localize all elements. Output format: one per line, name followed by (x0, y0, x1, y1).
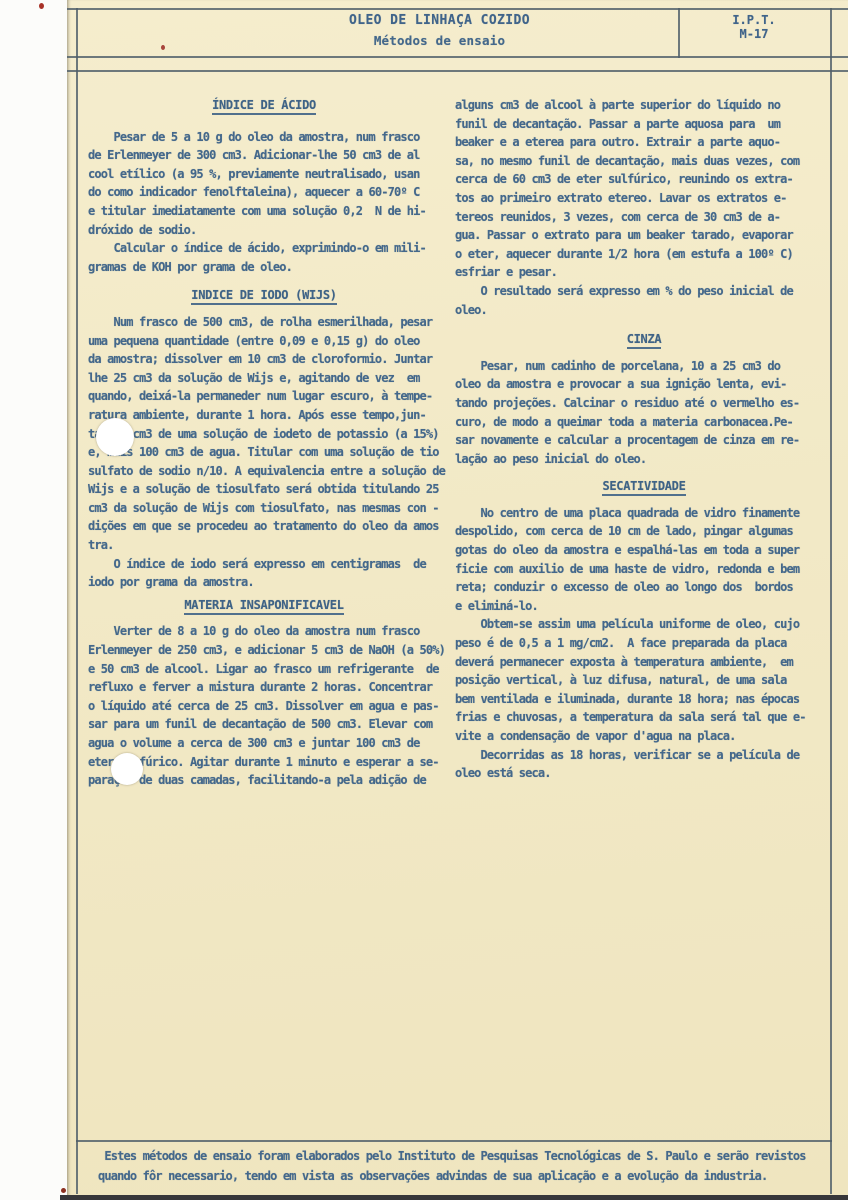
section-heading: CINZA (455, 330, 833, 349)
paragraph: Pesar, num cadinho de porcelana, 10 a 25… (455, 357, 833, 469)
paragraph: Obtem-se assim uma película uniforme de … (455, 615, 833, 745)
paper-sheet: OLEO DE LINHAÇA COZIDO Métodos de ensaio… (67, 0, 848, 1200)
border-line-top (67, 8, 848, 10)
scan-edge-band (60, 1195, 848, 1200)
header: OLEO DE LINHAÇA COZIDO Métodos de ensaio (292, 13, 587, 48)
paragraph: O resultado será expresso em % do peso i… (455, 282, 833, 319)
footer-note: Estes métodos de ensaio foram elaborados… (98, 1147, 806, 1186)
page-title: OLEO DE LINHAÇA COZIDO (292, 13, 587, 28)
ink-speck (161, 45, 165, 50)
paragraph: Num frasco de 500 cm3, de rolha esmerilh… (88, 313, 440, 555)
section-heading: ÍNDICE DE ÁCIDO (88, 96, 440, 115)
paragraph: Decorridas as 18 horas, verificar se a p… (455, 746, 833, 783)
hole-punch (111, 753, 143, 785)
section-heading: SECATIVIDADE (455, 477, 833, 496)
paragraph: alguns cm3 de alcool à parte superior do… (455, 96, 833, 282)
right-column: alguns cm3 de alcool à parte superior do… (455, 96, 833, 783)
section-heading: MATERIA INSAPONIFICAVEL (88, 596, 440, 615)
paragraph: O índice de iodo será expresso em centig… (88, 555, 440, 592)
paragraph: Pesar de 5 a 10 g do oleo da amostra, nu… (88, 128, 440, 240)
header-bottom-line-2 (67, 70, 848, 72)
ink-speck (61, 1188, 66, 1193)
ink-speck (39, 3, 44, 9)
page-subtitle: Métodos de ensaio (292, 33, 587, 48)
left-column: ÍNDICE DE ÁCIDO Pesar de 5 a 10 g do ole… (88, 96, 440, 790)
scanned-document: { "header": { "title": "OLEO DE LINHAÇA … (0, 0, 848, 1200)
paragraph: Calcular o índice de ácido, exprimindo-o… (88, 239, 440, 276)
header-bottom-line-1 (67, 56, 848, 58)
org-code: I.P.T. (678, 13, 830, 27)
hole-punch (96, 418, 134, 456)
paragraph: No centro de uma placa quadrada de vidro… (455, 504, 833, 616)
section-heading: INDICE DE IODO (WIJS) (88, 286, 440, 305)
doc-number: M-17 (678, 27, 830, 41)
footer-separator-line (76, 1140, 832, 1142)
border-line-left (76, 8, 78, 1194)
document-code-box: I.P.T. M-17 (678, 13, 830, 41)
